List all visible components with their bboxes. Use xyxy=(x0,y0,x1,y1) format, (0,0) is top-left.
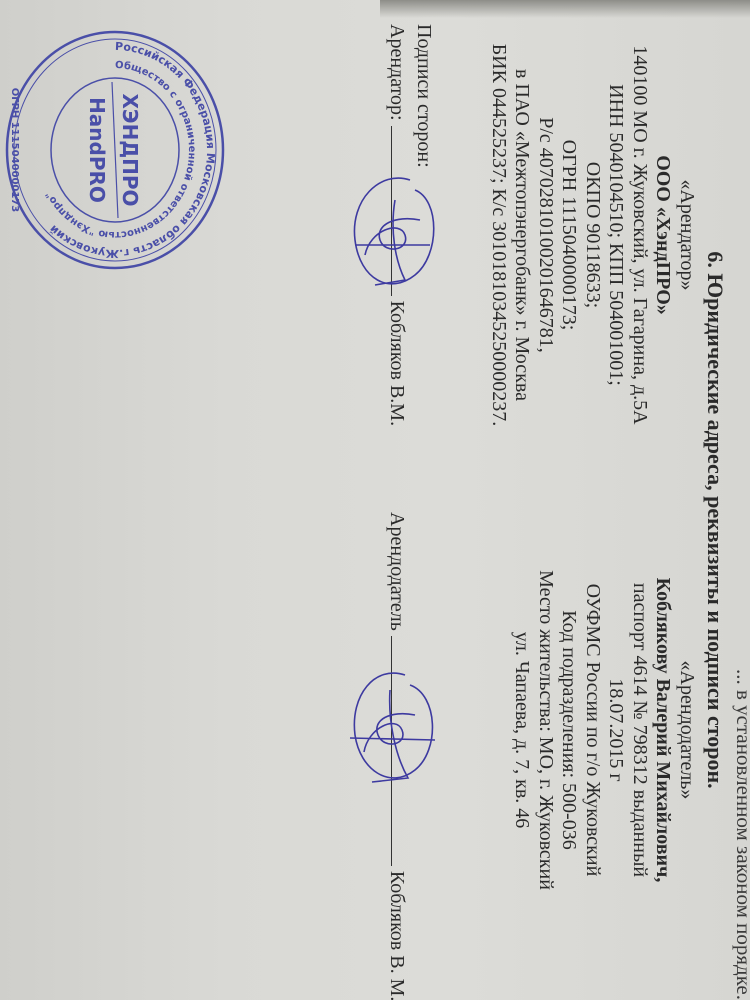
landlord-line: Место жительства: МО, г. Жуковский xyxy=(534,470,558,990)
tenant-line: Р/с 40702810100201646781, xyxy=(534,0,558,470)
landlord-line: ул. Чапаева, д. 7, кв. 46 xyxy=(510,470,534,990)
landlord-details: «Арендодатель» Коблякову Валерий Михайло… xyxy=(510,470,698,990)
landlord-role: «Арендодатель» xyxy=(675,470,699,990)
stamp-center-top: ХЭНДПРО xyxy=(118,93,142,206)
document-page: ... в установленном законом порядке. 6. … xyxy=(0,0,750,1000)
tenant-line: 140100 МО г. Жуковский, ул. Гагарина, д.… xyxy=(628,0,652,470)
section-heading: 6. Юридические адреса, реквизиты и подпи… xyxy=(702,140,728,900)
tenant-name: ООО «ХэндПРО» xyxy=(651,0,675,470)
landlord-line: ОУФМС России по г/о Жуковский xyxy=(581,470,605,990)
tenant-line: ОКПО 90118633; xyxy=(581,0,605,470)
tenant-signature-name: Кобляков В.М. xyxy=(386,301,408,426)
company-stamp-icon: Российская Федерация Московская область … xyxy=(0,20,230,280)
stamp-center-bottom: HandPRO xyxy=(85,97,109,203)
tenant-details: «Арендатор» ООО «ХэндПРО» 140100 МО г. Ж… xyxy=(487,0,699,470)
landlord-line: 18.07.2015 г xyxy=(604,470,628,990)
landlord-line: Код подразделения: 500-036 xyxy=(557,470,581,990)
tenant-line: БИК 044525237; К/с 30101810345250000237. xyxy=(487,0,511,470)
tenant-line: ОГРН 1115040000173; xyxy=(557,0,581,470)
previous-section-fragment: ... в установленном законом порядке. xyxy=(731,0,750,1000)
tenant-line: ИНН 5040104510; КПП 504001001; xyxy=(604,0,628,470)
signatures-title: Подписи сторон: xyxy=(412,24,435,168)
landlord-signature-label: Арендодатель xyxy=(386,512,408,631)
stamp-ogrn: ОГРН 1115040000173 xyxy=(9,88,20,213)
landlord-signature-icon xyxy=(340,660,450,800)
landlord-line: паспорт 4614 № 798312 выданный xyxy=(628,470,652,990)
tenant-signature-label: Арендатор: xyxy=(386,24,408,121)
tenant-role: «Арендатор» xyxy=(675,0,699,470)
landlord-signature-name: Кобляков В. М. xyxy=(386,871,408,1000)
landlord-name: Коблякову Валерий Михайлович, xyxy=(651,470,675,990)
tenant-signature-icon xyxy=(340,160,450,310)
tenant-line: в ПАО «Межтопэнергобанк» г. Москва xyxy=(510,0,534,470)
